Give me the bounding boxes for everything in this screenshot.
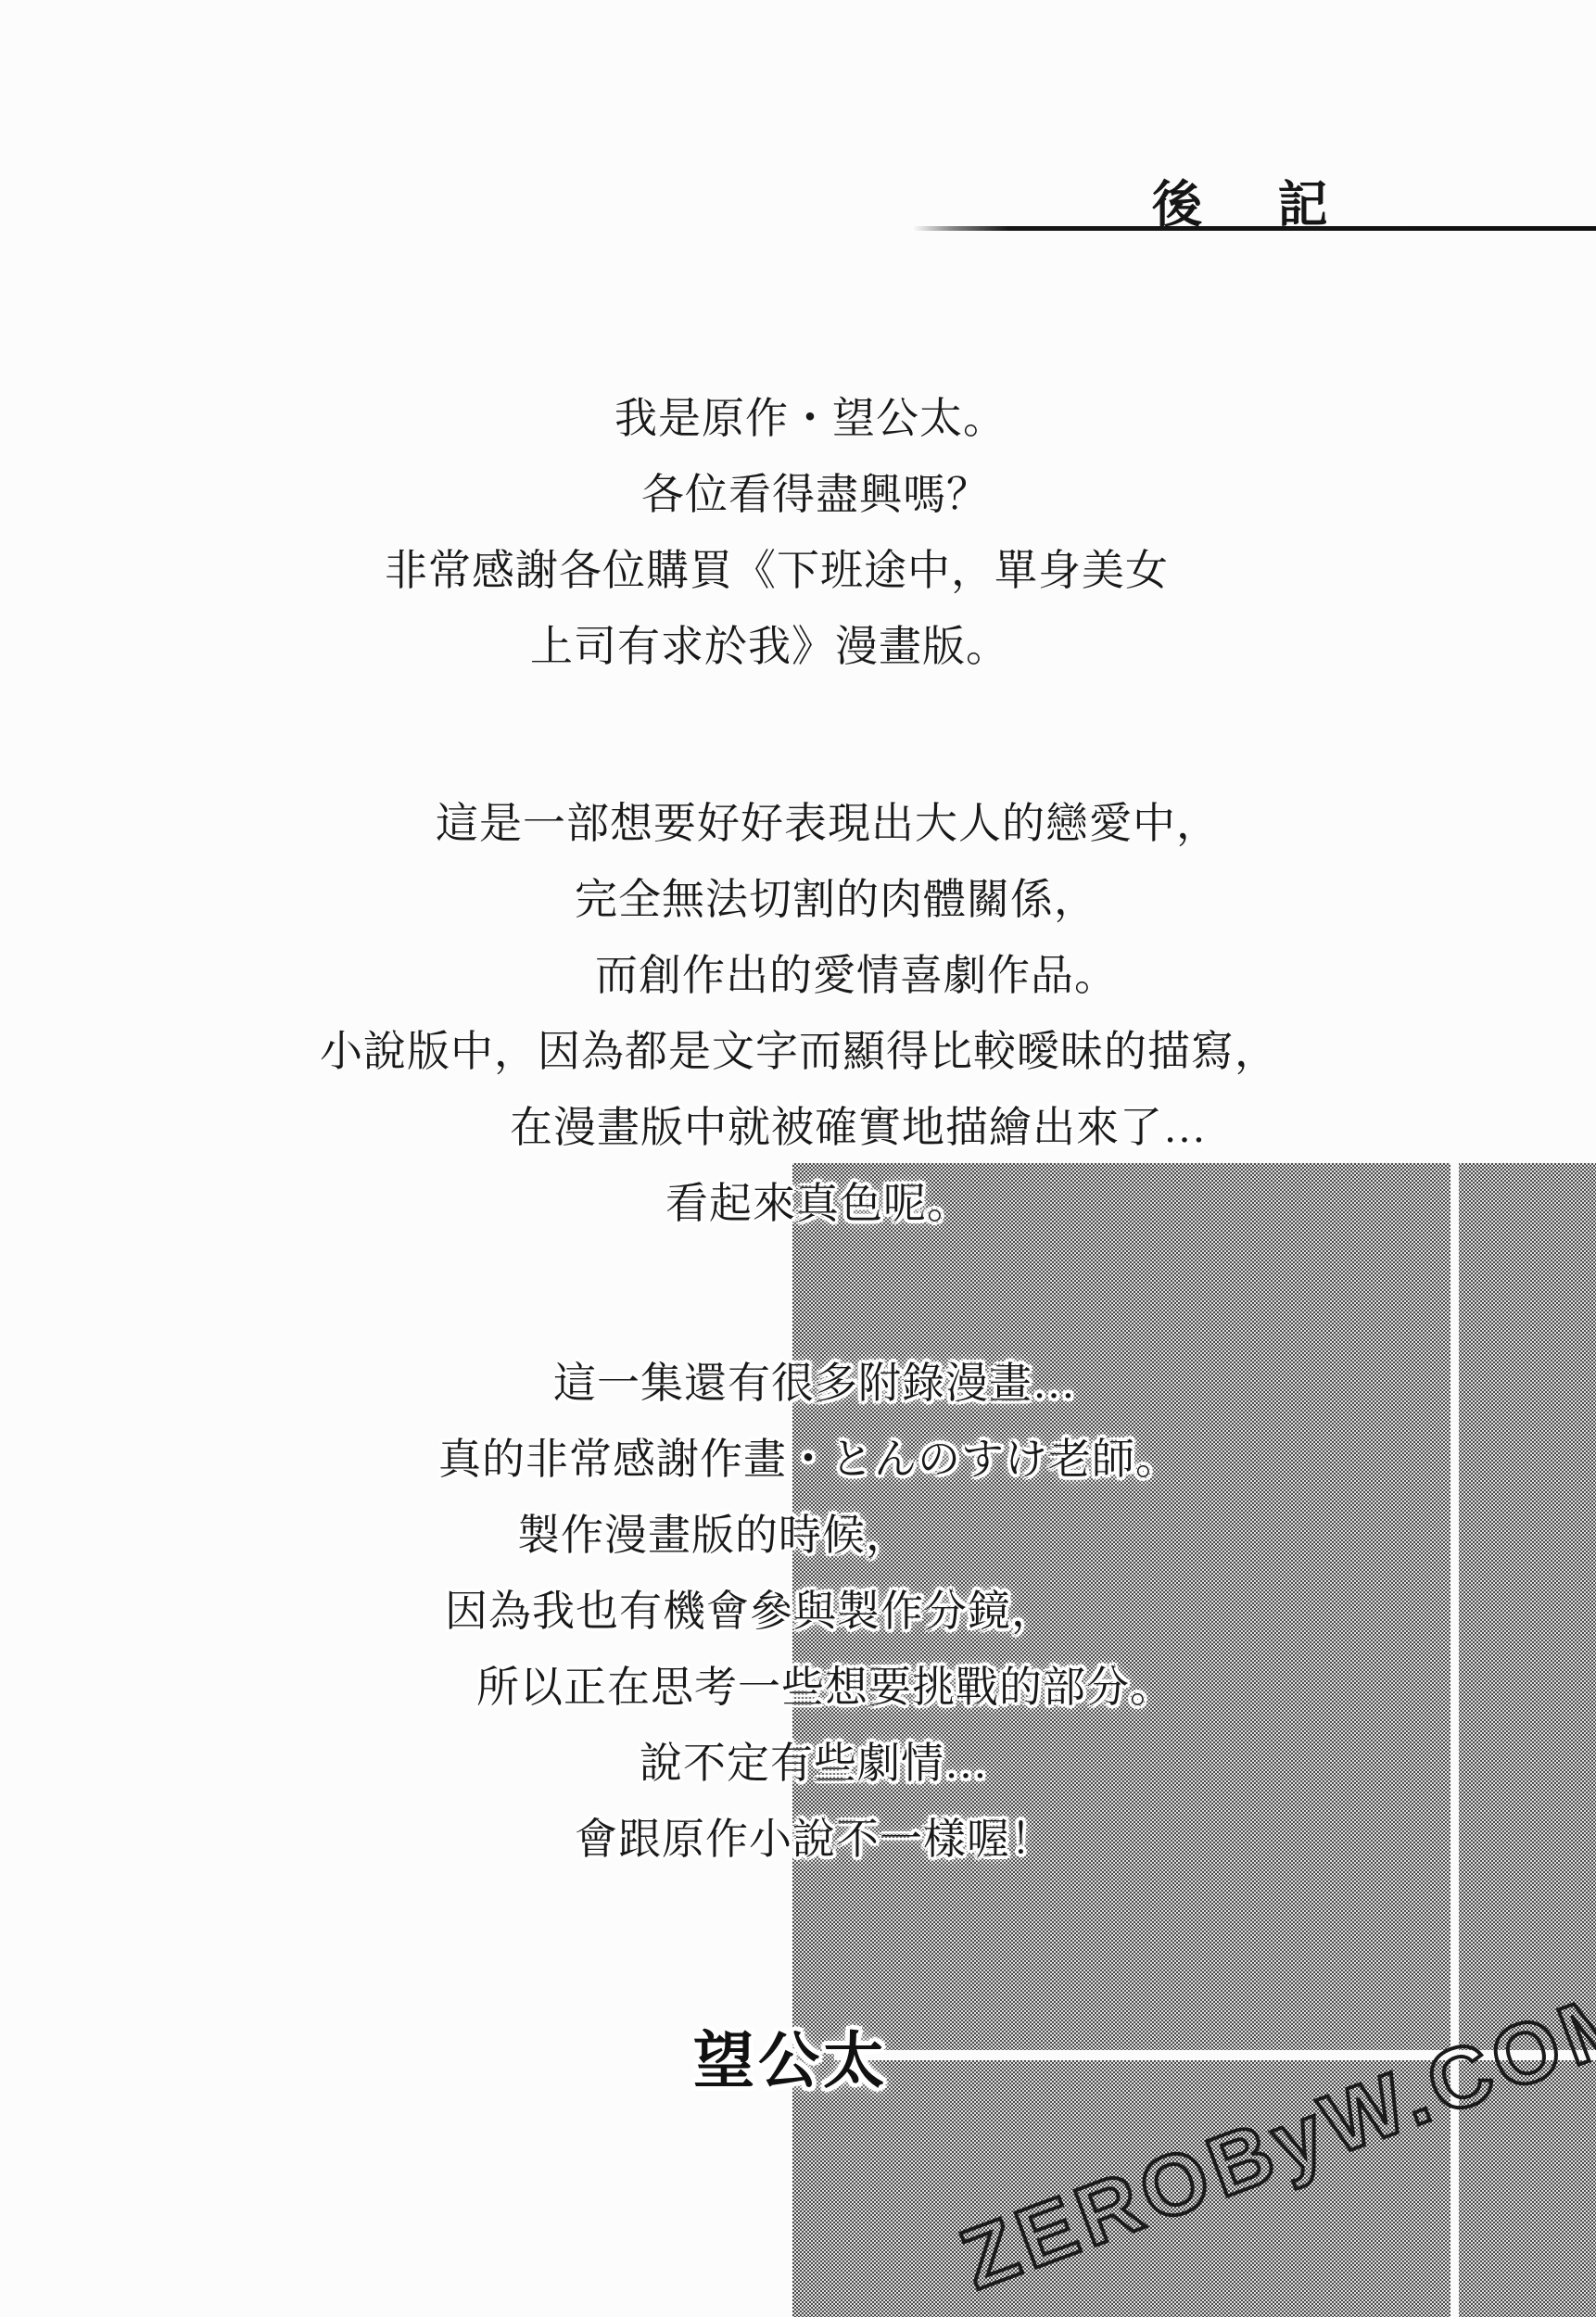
text-line: 因為我也有機會參與製作分鏡， <box>445 1587 1055 1637</box>
text-line: 看起來真色呢。 <box>665 1179 970 1229</box>
text-line: 而創作出的愛情喜劇作品。 <box>595 951 1118 1001</box>
text-line: 說不定有些劇情… <box>640 1739 988 1789</box>
text-line: 非常感謝各位購買《下班途中，單身美女 <box>385 546 1169 596</box>
text-line: 在漫畫版中就被確實地描繪出來了… <box>510 1103 1207 1153</box>
panel-gutter-vertical <box>1450 1163 1459 2317</box>
text-line: 所以正在思考一些想要挑戰的部分。 <box>476 1663 1173 1713</box>
text-line: 我是原作・望公太。 <box>614 394 1007 444</box>
manga-afterword-page: { "page": { "kind": "manga afterword sca… <box>0 0 1596 2317</box>
text-line: 完全無法切割的肉體關係， <box>575 875 1097 925</box>
title-underline <box>913 226 1596 231</box>
text-line: 上司有求於我》漫畫版。 <box>530 622 1009 672</box>
text-line: 會跟原作小說不一樣喔！ <box>575 1815 1054 1865</box>
text-line: 真的非常感謝作畫・とんのすけ老師。 <box>438 1435 1179 1485</box>
text-line: 製作漫畫版的時候， <box>517 1511 909 1561</box>
text-line: 這一集還有很多附錄漫畫… <box>553 1359 1076 1409</box>
text-line: 這是一部想要好好表現出大人的戀愛中， <box>436 799 1220 849</box>
author-signature: 望公太 <box>693 2011 888 2099</box>
text-line: 各位看得盡興嗎？ <box>641 470 990 520</box>
text-line: 小說版中，因為都是文字而顯得比較曖昧的描寫， <box>320 1027 1278 1077</box>
